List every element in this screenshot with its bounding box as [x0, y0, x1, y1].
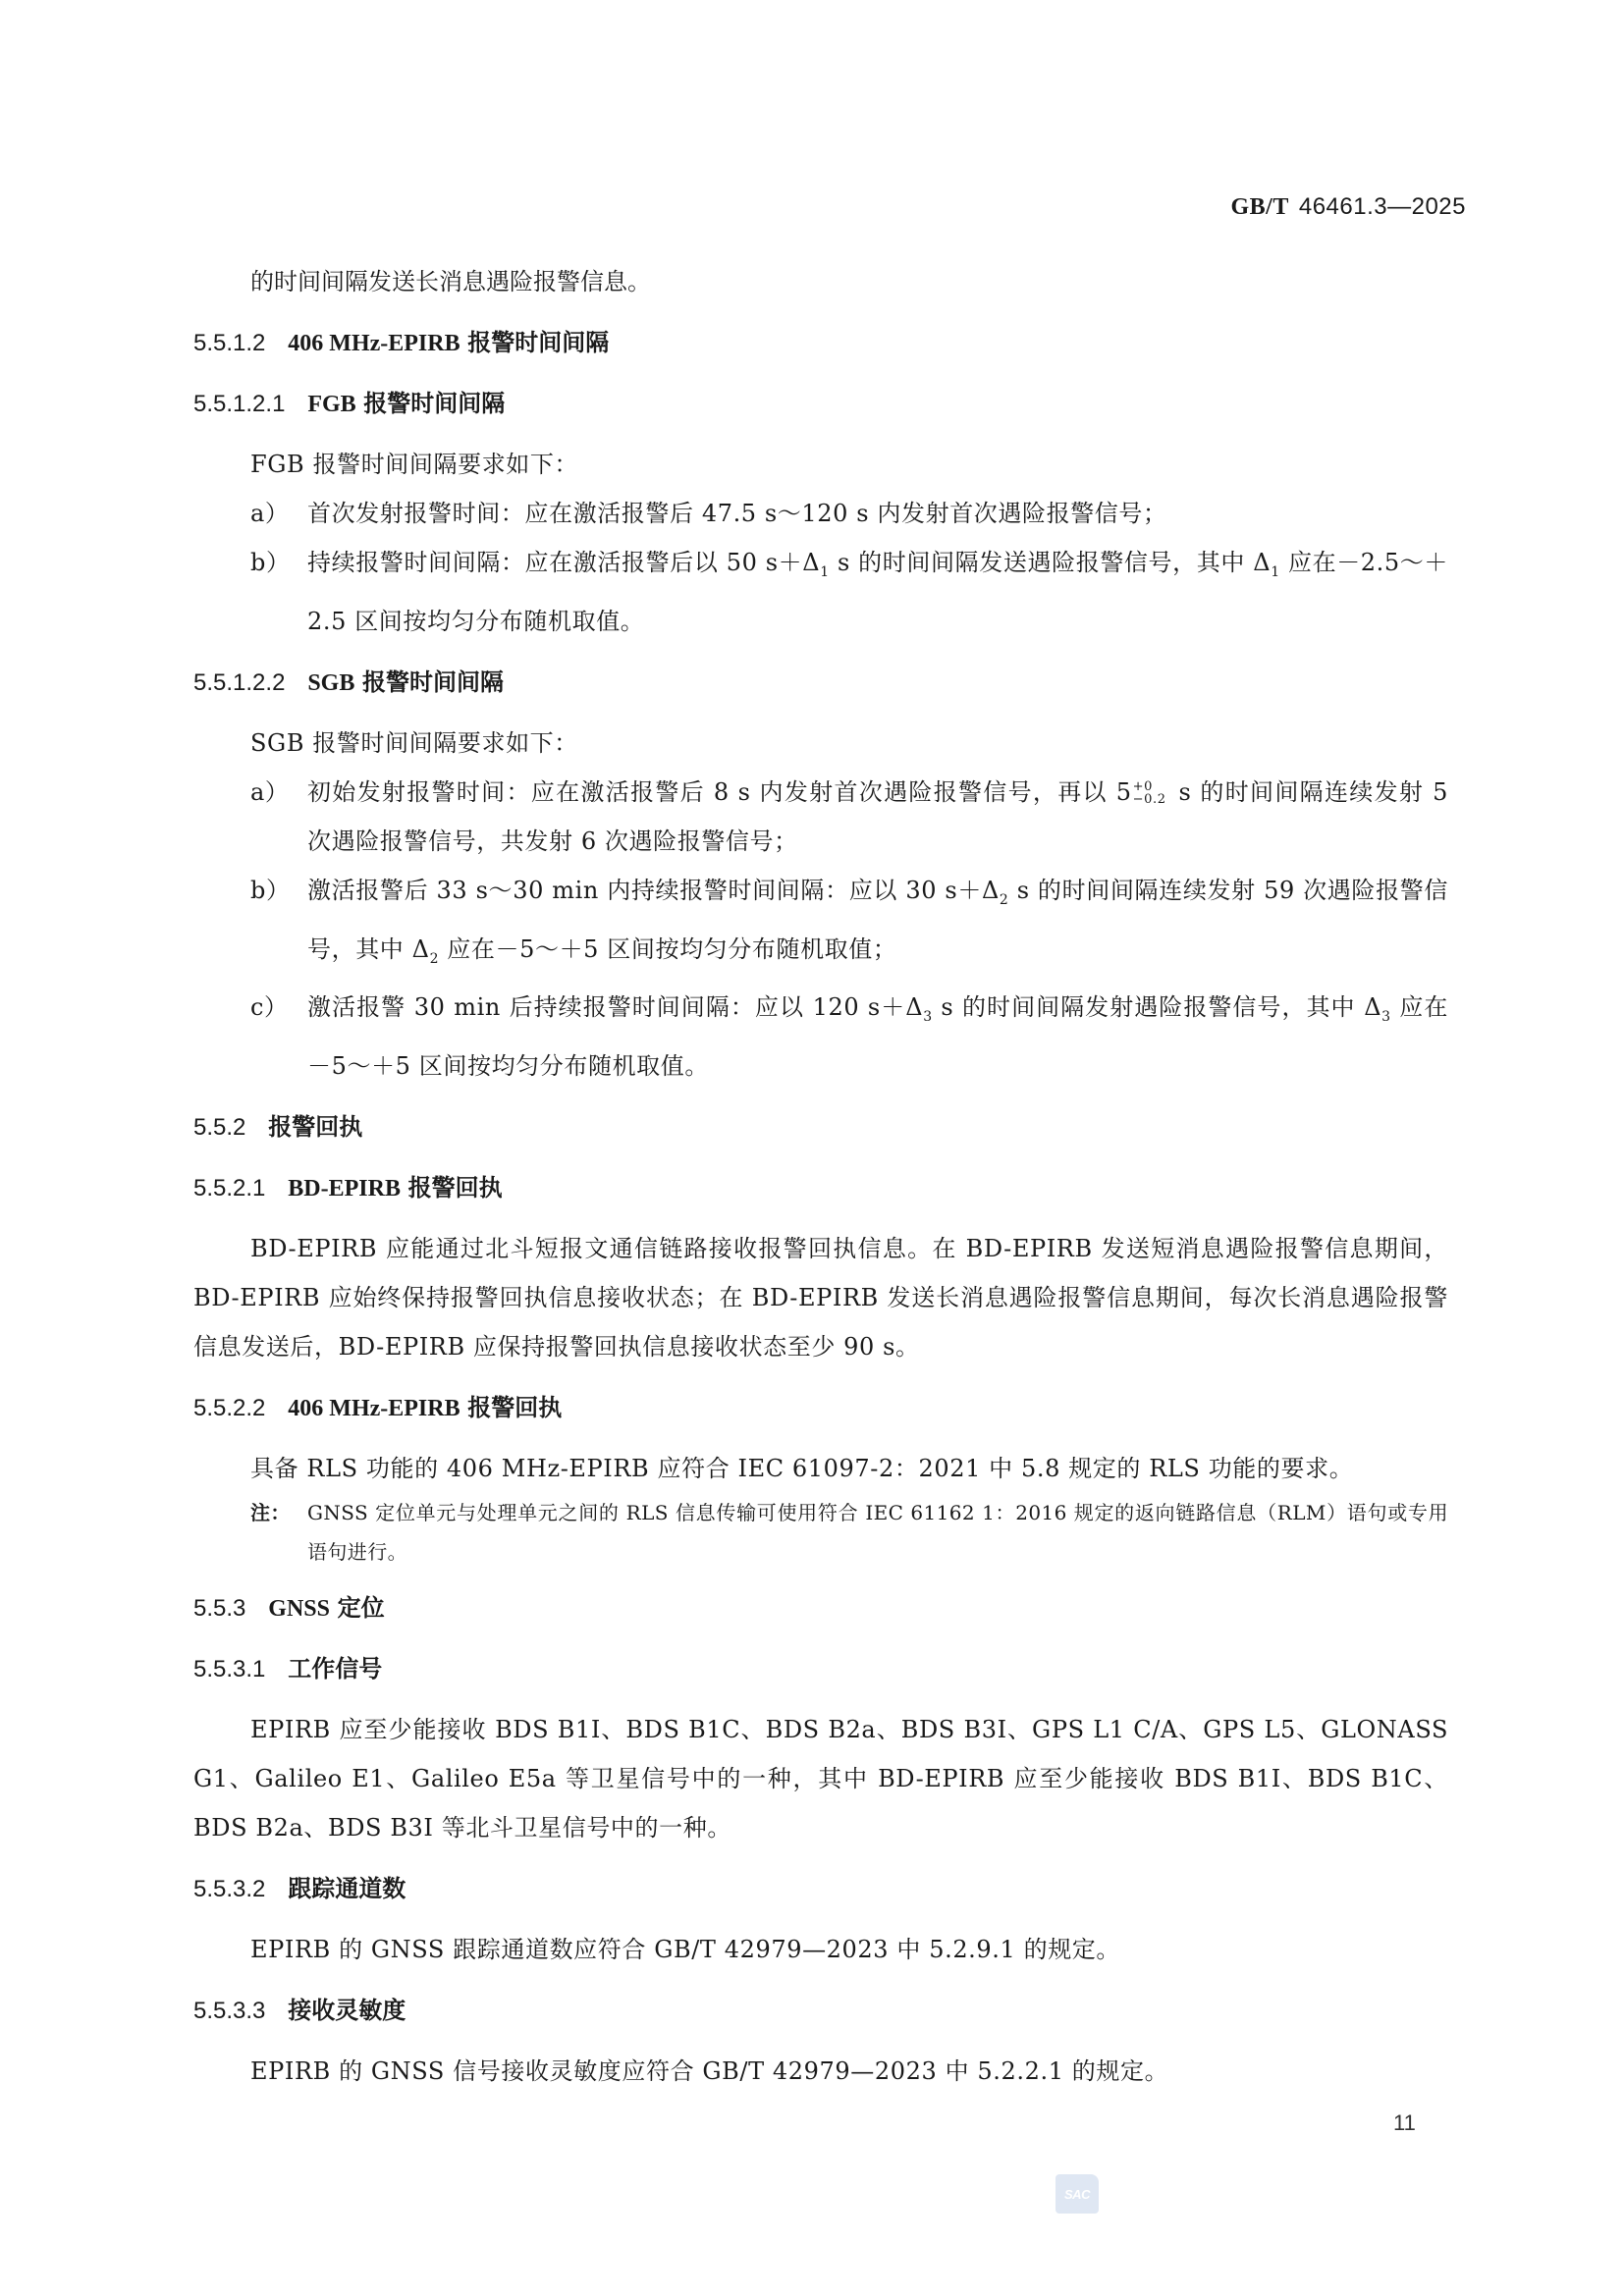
list-text: 应在－5～＋5 区间按均匀分布随机取值； [439, 935, 896, 963]
delta-subscript: 1 [1271, 564, 1280, 580]
list-label: b） [250, 866, 291, 915]
section-number: 5.5.3 [193, 1584, 245, 1633]
tolerance-lower: −0.2 [1133, 793, 1166, 806]
section-title-latin: SGB [307, 670, 354, 696]
section-title-cjk: 工作信号 [288, 1655, 382, 1682]
section-number: 5.5.1.2.2 [193, 659, 285, 708]
section-number: 5.5.2.2 [193, 1384, 265, 1433]
section-number: 5.5.3.2 [193, 1865, 265, 1914]
note-label: 注： [250, 1493, 291, 1532]
list-item: b） 持续报警时间间隔：应在激活报警后以 50 s＋Δ1 s 的时间间隔发送遇险… [193, 538, 1448, 646]
list-label: b） [250, 538, 291, 587]
rls-paragraph: 具备 RLS 功能的 406 MHz-EPIRB 应符合 IEC 61097-2… [193, 1444, 1448, 1493]
section-title-cjk: 报警时间间隔 [467, 329, 609, 356]
section-number: 5.5.2 [193, 1103, 245, 1152]
section-number: 5.5.1.2.1 [193, 380, 285, 429]
section-number: 5.5.1.2 [193, 319, 265, 368]
list-text: s 的时间间隔发送遇险报警信号，其中 Δ [830, 549, 1271, 576]
delta-subscript: 2 [1000, 892, 1009, 908]
tolerance: +0−0.2 [1133, 780, 1166, 806]
heading-5-5-2: 5.5.2 报警回执 [193, 1102, 1448, 1151]
standard-prefix: GB/T [1230, 194, 1288, 220]
section-title-cjk: 跟踪通道数 [288, 1875, 406, 1902]
working-signal-paragraph: EPIRB 应至少能接收 BDS B1I、BDS B1C、BDS B2a、BDS… [193, 1705, 1448, 1852]
heading-5-5-1-2: 5.5.1.2 406 MHz-EPIRB 报警时间间隔 [193, 318, 1448, 367]
section-number: 5.5.2.1 [193, 1164, 265, 1213]
delta-subscript: 2 [430, 950, 440, 966]
section-number: 5.5.3.1 [193, 1645, 265, 1694]
heading-5-5-1-2-1: 5.5.1.2.1 FGB 报警时间间隔 [193, 379, 1448, 428]
list-text: 激活报警后 33 s～30 min 内持续报警时间间隔：应以 30 s＋Δ [307, 877, 1000, 904]
list-text: 激活报警 30 min 后持续报警时间间隔：应以 120 s＋Δ [307, 993, 923, 1021]
delta-subscript: 3 [923, 1009, 933, 1025]
section-title-latin: FGB [307, 392, 355, 417]
list-item: b） 激活报警后 33 s～30 min 内持续报警时间间隔：应以 30 s＋Δ… [193, 866, 1448, 984]
list-item: a） 首次发射报警时间：应在激活报警后 47.5 s～120 s 内发射首次遇险… [193, 489, 1448, 538]
section-title-cjk: 报警回执 [408, 1174, 503, 1201]
note: 注： GNSS 定位单元与处理单元之间的 RLS 信息传输可使用符合 IEC 6… [193, 1493, 1448, 1572]
list-label: a） [250, 768, 290, 817]
heading-5-5-1-2-2: 5.5.1.2.2 SGB 报警时间间隔 [193, 658, 1448, 707]
section-title-latin: 406 MHz-EPIRB [288, 331, 460, 356]
heading-5-5-3-1: 5.5.3.1 工作信号 [193, 1644, 1448, 1693]
sgb-lead-text: SGB 报警时间间隔要求如下： [193, 719, 1448, 768]
list-item: c） 激活报警 30 min 后持续报警时间间隔：应以 120 s＋Δ3 s 的… [193, 983, 1448, 1091]
heading-5-5-3-2: 5.5.3.2 跟踪通道数 [193, 1864, 1448, 1913]
list-item: a） 初始发射报警时间：应在激活报警后 8 s 内发射首次遇险报警信号，再以 5… [193, 768, 1448, 866]
section-number: 5.5.3.3 [193, 1987, 265, 2036]
list-text: 初始发射报警时间：应在激活报警后 8 s 内发射首次遇险报警信号，再以 5 [307, 778, 1132, 806]
section-title-latin: GNSS [268, 1596, 330, 1622]
section-title-cjk: 接收灵敏度 [288, 1997, 406, 2024]
sac-logo-icon: SAC [1056, 2174, 1099, 2214]
tracking-channels-paragraph: EPIRB 的 GNSS 跟踪通道数应符合 GB/T 42979—2023 中 … [193, 1925, 1448, 1974]
list-text: s 的时间间隔发射遇险报警信号，其中 Δ [933, 993, 1381, 1021]
fgb-lead-text: FGB 报警时间间隔要求如下： [193, 440, 1448, 489]
section-title-latin: BD-EPIRB [288, 1176, 401, 1201]
list-text: 首次发射报警时间：应在激活报警后 47.5 s～120 s 内发射首次遇险报警信… [307, 500, 1167, 527]
section-title-cjk: 报警时间间隔 [363, 390, 505, 417]
standard-number: 46461.3—2025 [1299, 193, 1466, 220]
section-title-cjk: 报警回执 [268, 1113, 362, 1141]
note-text: GNSS 定位单元与处理单元之间的 RLS 信息传输可使用符合 IEC 6116… [307, 1501, 1448, 1564]
heading-5-5-2-1: 5.5.2.1 BD-EPIRB 报警回执 [193, 1163, 1448, 1212]
heading-5-5-3: 5.5.3 GNSS 定位 [193, 1583, 1448, 1632]
heading-5-5-3-3: 5.5.3.3 接收灵敏度 [193, 1986, 1448, 2035]
delta-subscript: 3 [1381, 1009, 1391, 1025]
bd-epirb-ack-paragraph: BD-EPIRB 应能通过北斗短报文通信链路接收报警回执信息。在 BD-EPIR… [193, 1224, 1448, 1371]
section-title-cjk: 定位 [338, 1594, 385, 1622]
delta-subscript: 1 [820, 564, 830, 580]
continuation-text: 的时间间隔发送长消息遇险报警信息。 [193, 257, 1448, 306]
sensitivity-paragraph: EPIRB 的 GNSS 信号接收灵敏度应符合 GB/T 42979—2023 … [193, 2047, 1448, 2096]
list-label: a） [250, 489, 290, 538]
page-body: 的时间间隔发送长消息遇险报警信息。 5.5.1.2 406 MHz-EPIRB … [193, 257, 1448, 2096]
list-text: 持续报警时间间隔：应在激活报警后以 50 s＋Δ [307, 549, 820, 576]
section-title-latin: 406 MHz-EPIRB [288, 1396, 460, 1421]
section-title-cjk: 报警时间间隔 [362, 668, 504, 696]
heading-5-5-2-2: 5.5.2.2 406 MHz-EPIRB 报警回执 [193, 1383, 1448, 1432]
document-code: GB/T46461.3—2025 [1230, 192, 1466, 221]
page-number: 11 [1393, 2110, 1416, 2136]
section-title-cjk: 报警回执 [467, 1394, 562, 1421]
list-label: c） [250, 983, 289, 1032]
